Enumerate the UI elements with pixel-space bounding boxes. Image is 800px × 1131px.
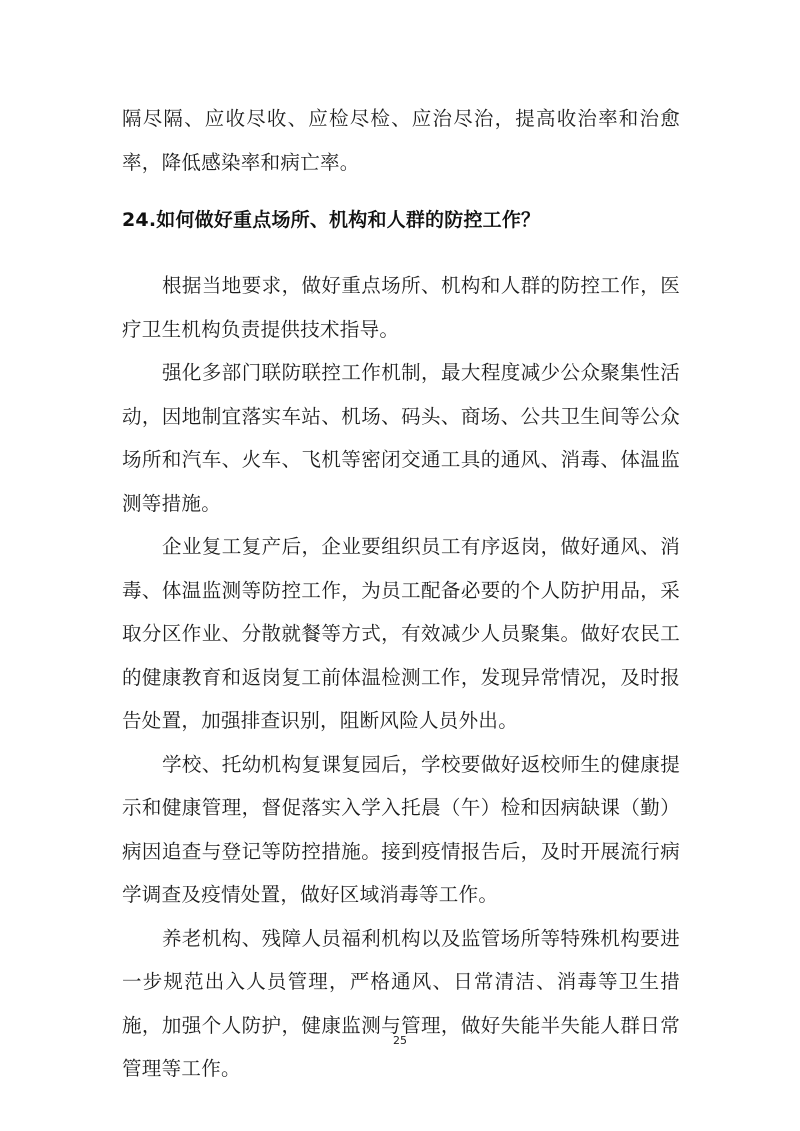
paragraph-schools: 学校、托幼机构复课复园后，学校要做好返校师生的健康提示和健康管理，督促落实入学入… (122, 743, 680, 917)
paragraph-local-requirements: 根据当地要求，做好重点场所、机构和人群的防控工作，医疗卫生机构负责提供技术指导。 (122, 264, 680, 351)
paragraph-enterprises: 企业复工复产后，企业要组织员工有序返岗，做好通风、消毒、体温监测等防控工作，为员… (122, 525, 680, 743)
section-heading: 24.如何做好重点场所、机构和人群的防控工作？ (122, 199, 680, 242)
paragraph-special-institutions: 养老机构、残障人员福利机构以及监管场所等特殊机构要进一步规范出入人员管理，严格通… (122, 917, 680, 1091)
page-number: 25 (0, 1034, 800, 1047)
continuation-paragraph: 隔尽隔、应收尽收、应检尽检、应治尽治，提高收治率和治愈率，降低感染率和病亡率。 (122, 97, 680, 184)
page-content: 隔尽隔、应收尽收、应检尽检、应治尽治，提高收治率和治愈率，降低感染率和病亡率。 … (122, 97, 680, 1091)
paragraph-public-places: 强化多部门联防联控工作机制，最大程度减少公众聚集性活动，因地制宜落实车站、机场、… (122, 351, 680, 525)
document-page: 隔尽隔、应收尽收、应检尽检、应治尽治，提高收治率和治愈率，降低感染率和病亡率。 … (0, 0, 800, 1131)
